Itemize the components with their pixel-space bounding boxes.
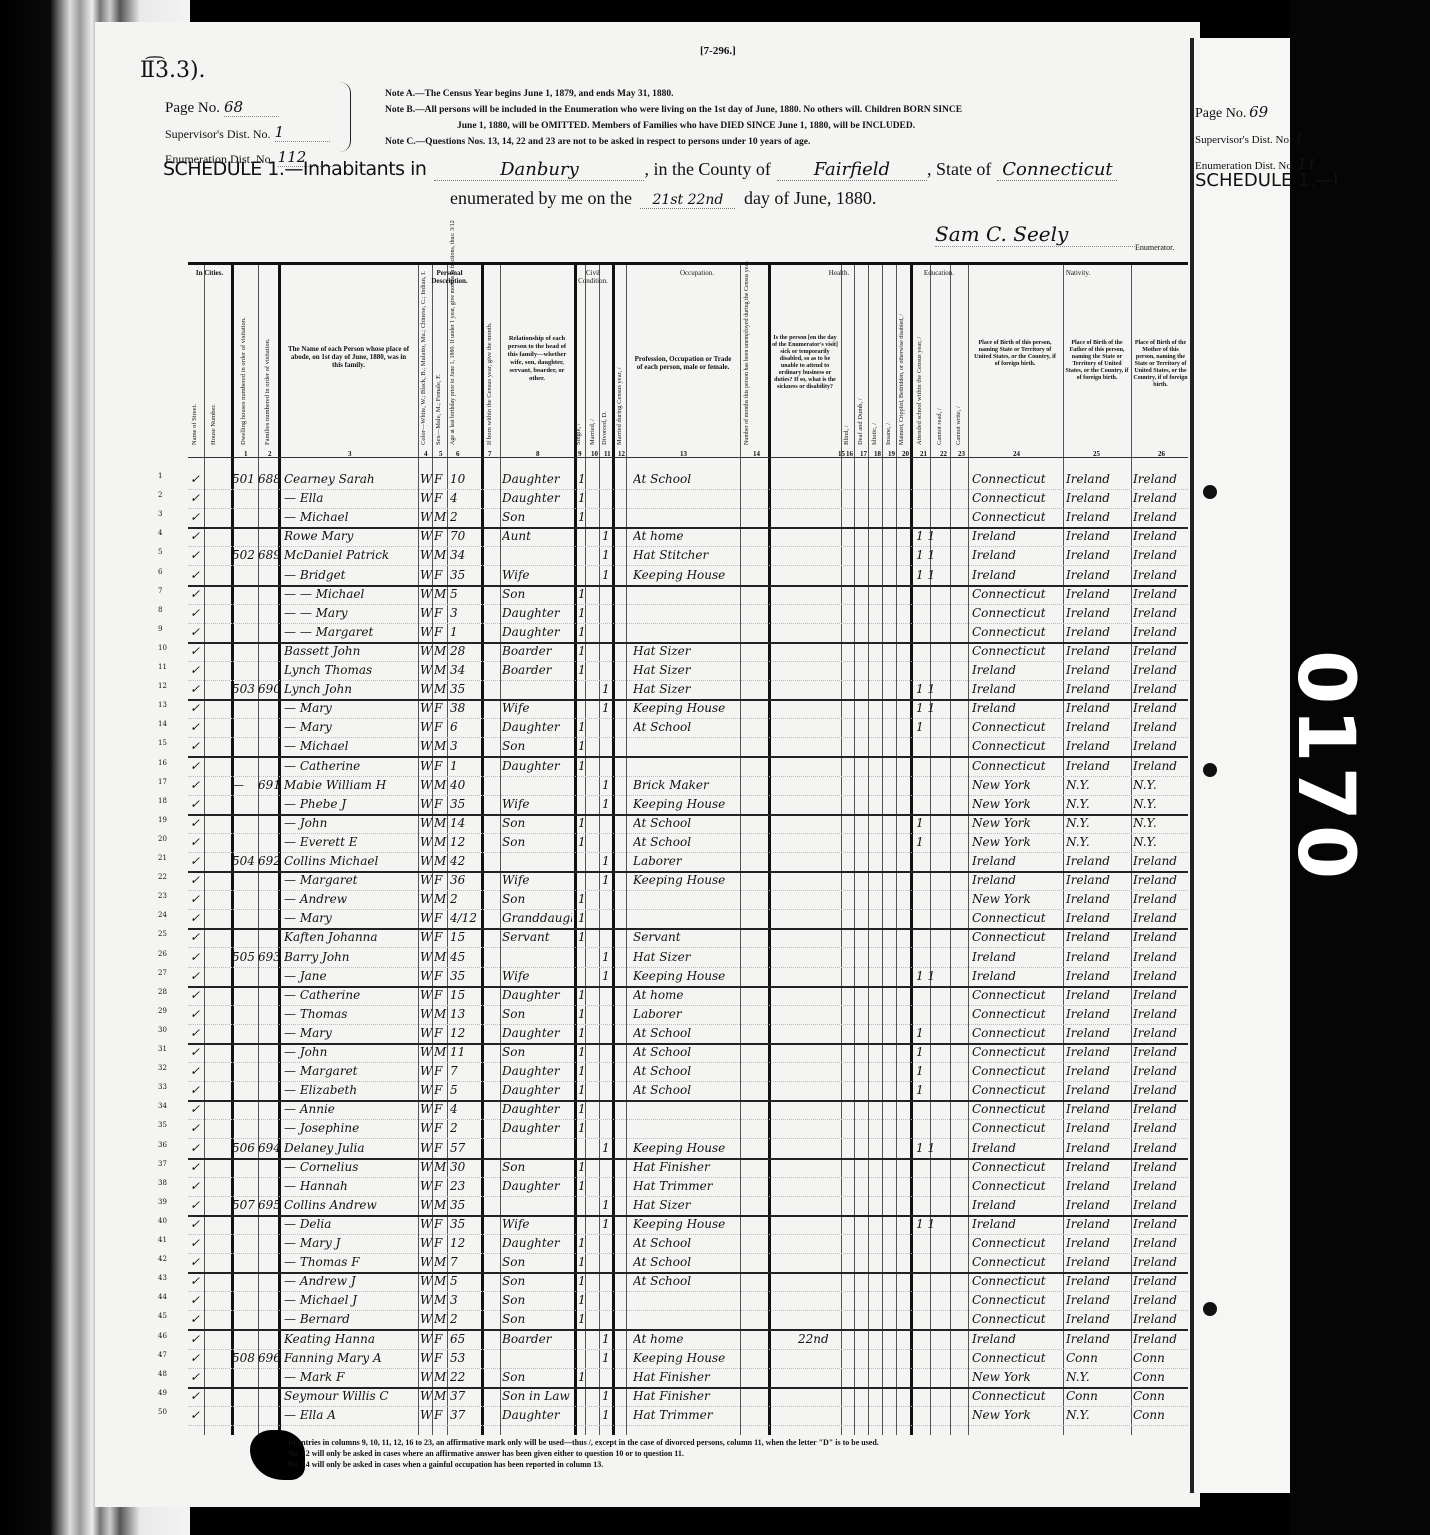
- color: W: [420, 1121, 433, 1135]
- mother-birthplace: N.Y.: [1133, 797, 1188, 811]
- single-mark: 1: [578, 1064, 588, 1078]
- note-b: Note B.—All persons will be included in …: [385, 102, 962, 118]
- census-row: 48— Mark FWM22Son1Hat FinisherNew YorkN.…: [188, 1368, 1188, 1389]
- age: 36: [450, 873, 480, 887]
- header-single: Single, /: [575, 395, 582, 445]
- relationship: Wife: [502, 1217, 572, 1231]
- sex: F: [434, 529, 447, 543]
- relationship: Son: [502, 587, 572, 601]
- relationship: Son: [502, 1370, 572, 1384]
- row-number: 25: [158, 930, 178, 938]
- relationship: Daughter: [502, 1026, 572, 1040]
- color: W: [420, 892, 433, 906]
- age: 5: [450, 1274, 480, 1288]
- header-nativity: Nativity.: [968, 269, 1188, 277]
- column-number: 5: [439, 450, 443, 458]
- color: W: [420, 548, 433, 562]
- single-mark: 1: [578, 510, 588, 524]
- father-birthplace: Ireland: [1066, 1179, 1130, 1193]
- check-mark-icon: ✓: [190, 682, 200, 696]
- relationship: Daughter: [502, 759, 572, 773]
- single-mark: 1: [578, 911, 588, 925]
- person-name: — Mary: [284, 701, 418, 715]
- age: 30: [450, 1160, 480, 1174]
- mother-birthplace: Ireland: [1133, 1236, 1188, 1250]
- census-row: 45— BernardWM2Son1ConnecticutIrelandIrel…: [188, 1310, 1188, 1331]
- check-mark-icon: ✓: [190, 1217, 200, 1231]
- person-name: Seymour Willis C: [284, 1389, 418, 1403]
- person-name: — Hannah: [284, 1179, 418, 1193]
- relationship: Daughter: [502, 625, 572, 639]
- census-row: 3— MichaelWM2Son1ConnecticutIrelandIrela…: [188, 508, 1188, 529]
- birthplace: Connecticut: [972, 1045, 1064, 1059]
- relationship: Son: [502, 1274, 572, 1288]
- sex: M: [434, 644, 447, 658]
- father-birthplace: Conn: [1066, 1389, 1130, 1403]
- color: W: [420, 911, 433, 925]
- education-marks: 1 1: [916, 1141, 966, 1155]
- sex: F: [434, 1083, 447, 1097]
- single-mark: 1: [578, 1236, 588, 1250]
- header-color: Color—White, W.; Black, B.; Mulatto, Mu.…: [420, 289, 427, 445]
- father-birthplace: Ireland: [1066, 1198, 1130, 1212]
- person-name: — Bernard: [284, 1312, 418, 1326]
- sex: F: [434, 568, 447, 582]
- check-mark-icon: ✓: [190, 548, 200, 562]
- education-marks: 1 1: [916, 701, 966, 715]
- single-mark: 1: [578, 1045, 588, 1059]
- mother-birthplace: Conn: [1133, 1370, 1188, 1384]
- row-number: 21: [158, 854, 178, 862]
- person-name: — Thomas F: [284, 1255, 418, 1269]
- birthplace: Ireland: [972, 873, 1064, 887]
- birthplace: Connecticut: [972, 759, 1064, 773]
- mother-birthplace: Ireland: [1133, 1083, 1188, 1097]
- person-name: Fanning Mary A: [284, 1351, 418, 1365]
- census-row: 16— CatherineWF1Daughter1ConnecticutIrel…: [188, 757, 1188, 777]
- father-birthplace: Ireland: [1066, 739, 1130, 753]
- age: 2: [450, 892, 480, 906]
- relationship: Servant: [502, 930, 572, 944]
- color: W: [420, 1141, 433, 1155]
- header-married-year: Married during Census year, /: [616, 325, 623, 445]
- footnote-3: No. 14 will only be asked in cases when …: [288, 1459, 879, 1470]
- occupation: At School: [633, 1236, 738, 1250]
- relationship: Daughter: [502, 720, 572, 734]
- occupation: Keeping House: [633, 1217, 738, 1231]
- color: W: [420, 644, 433, 658]
- education-marks: 1: [916, 720, 966, 734]
- header-education: Education.: [910, 269, 968, 277]
- census-row: 14— MaryWF6Daughter1At School1Connecticu…: [188, 718, 1188, 738]
- row-number: 20: [158, 835, 178, 843]
- birthplace: New York: [972, 816, 1064, 830]
- header-sex: Sex—Male, M.; Female, F.: [435, 335, 442, 445]
- prior-page-fragment: Ⅱ͡3.3).: [140, 58, 206, 83]
- sex: F: [434, 1408, 447, 1422]
- father-birthplace: Ireland: [1066, 472, 1130, 486]
- person-name: — Thomas: [284, 1007, 418, 1021]
- father-birthplace: Ireland: [1066, 1026, 1130, 1040]
- census-row: 26505693Barry JohnWM451Hat SizerIrelandI…: [188, 948, 1188, 968]
- age: 34: [450, 663, 480, 677]
- married-mark: 1: [602, 950, 612, 964]
- check-mark-icon: ✓: [190, 1160, 200, 1174]
- next-supervisor-value: 1: [1294, 129, 1304, 147]
- birthplace: Connecticut: [972, 739, 1064, 753]
- column-number: 20: [902, 450, 909, 458]
- occupation: At School: [633, 1064, 738, 1078]
- check-mark-icon: ✓: [190, 1083, 200, 1097]
- person-name: — Margaret: [284, 1064, 418, 1078]
- family-number: 692: [258, 854, 280, 868]
- age: 13: [450, 1007, 480, 1021]
- state-value: Connecticut: [997, 159, 1117, 181]
- age: 15: [450, 988, 480, 1002]
- birthplace: New York: [972, 892, 1064, 906]
- row-number: 11: [158, 663, 178, 671]
- married-mark: 1: [602, 568, 612, 582]
- dwelling-number: 507: [232, 1198, 258, 1212]
- mother-birthplace: Ireland: [1133, 644, 1188, 658]
- occupation: Keeping House: [633, 969, 738, 983]
- person-name: — Michael J: [284, 1293, 418, 1307]
- father-birthplace: Ireland: [1066, 969, 1130, 983]
- birthplace: Connecticut: [972, 491, 1064, 505]
- color: W: [420, 1236, 433, 1250]
- census-row: 38— HannahWF23Daughter1Hat TrimmerConnec…: [188, 1177, 1188, 1197]
- column-number: 16: [846, 450, 853, 458]
- relationship: Son: [502, 739, 572, 753]
- row-number: 29: [158, 1007, 178, 1015]
- row-number: 8: [158, 606, 178, 614]
- census-row: 49Seymour Willis CWM37Son in Law1Hat Fin…: [188, 1387, 1188, 1407]
- person-name: Keating Hanna: [284, 1332, 418, 1346]
- person-name: — Mark F: [284, 1370, 418, 1384]
- age: 37: [450, 1389, 480, 1403]
- row-number: 27: [158, 969, 178, 977]
- row-number: 22: [158, 873, 178, 881]
- film-frame-stamp: 0170: [1290, 650, 1370, 930]
- check-mark-icon: ✓: [190, 1274, 200, 1288]
- sex: F: [434, 969, 447, 983]
- birthplace: Connecticut: [972, 1007, 1064, 1021]
- birthplace: Connecticut: [972, 510, 1064, 524]
- binding-ring: [1203, 485, 1217, 499]
- single-mark: 1: [578, 1160, 588, 1174]
- father-birthplace: Ireland: [1066, 1255, 1130, 1269]
- father-birthplace: Ireland: [1066, 1102, 1130, 1116]
- age: 1: [450, 759, 480, 773]
- census-row: 1501688Cearney SarahWF10Daughter1At Scho…: [188, 470, 1188, 490]
- person-name: — — Michael: [284, 587, 418, 601]
- check-mark-icon: ✓: [190, 911, 200, 925]
- age: 35: [450, 568, 480, 582]
- occupation: At School: [633, 1045, 738, 1059]
- row-number: 19: [158, 816, 178, 824]
- single-mark: 1: [578, 1026, 588, 1040]
- age: 11: [450, 1045, 480, 1059]
- person-name: — — Margaret: [284, 625, 418, 639]
- married-mark: 1: [602, 701, 612, 715]
- mother-birthplace: Ireland: [1133, 969, 1188, 983]
- header-school: Attended school within the Census year, …: [916, 305, 923, 445]
- birthplace: Ireland: [972, 701, 1064, 715]
- father-birthplace: Ireland: [1066, 1121, 1130, 1135]
- occupation: At home: [633, 529, 738, 543]
- mother-birthplace: Ireland: [1133, 587, 1188, 601]
- father-birthplace: Ireland: [1066, 950, 1130, 964]
- relationship: Wife: [502, 797, 572, 811]
- row-number: 4: [158, 529, 178, 537]
- row-number: 49: [158, 1389, 178, 1397]
- age: 6: [450, 720, 480, 734]
- sex: F: [434, 491, 447, 505]
- sex: F: [434, 1141, 447, 1155]
- married-mark: 1: [602, 1198, 612, 1212]
- single-mark: 1: [578, 491, 588, 505]
- family-number: 693: [258, 950, 280, 964]
- age: 3: [450, 606, 480, 620]
- binding-ring: [1203, 763, 1217, 777]
- header-insane: Insane, /: [885, 395, 892, 445]
- person-name: — Michael: [284, 739, 418, 753]
- relationship: Boarder: [502, 644, 572, 658]
- sex: M: [434, 778, 447, 792]
- header-occupation: Profession, Occupation or Trade of each …: [633, 355, 733, 371]
- sex: M: [434, 1255, 447, 1269]
- color: W: [420, 472, 433, 486]
- married-mark: 1: [602, 548, 612, 562]
- column-number: 10: [591, 450, 598, 458]
- color: W: [420, 625, 433, 639]
- color: W: [420, 797, 433, 811]
- relationship: Son in Law: [502, 1389, 572, 1403]
- column-number: 18: [874, 450, 881, 458]
- row-number: 46: [158, 1332, 178, 1340]
- relationship: Daughter: [502, 606, 572, 620]
- sex: F: [434, 701, 447, 715]
- dwelling-number: 501: [232, 472, 258, 486]
- census-table: In Cities. Name of Street. House Number.…: [188, 262, 1188, 1435]
- row-number: 13: [158, 701, 178, 709]
- single-mark: 1: [578, 739, 588, 753]
- person-name: — John: [284, 816, 418, 830]
- person-name: Barry John: [284, 950, 418, 964]
- census-row: 27— JaneWF35Wife1Keeping House1 1Ireland…: [188, 967, 1188, 988]
- relationship: Son: [502, 1293, 572, 1307]
- father-birthplace: Ireland: [1066, 759, 1130, 773]
- census-row: 9— — MargaretWF1Daughter1ConnecticutIrel…: [188, 623, 1188, 644]
- mother-birthplace: Ireland: [1133, 625, 1188, 639]
- birthplace: Connecticut: [972, 988, 1064, 1002]
- relationship: Daughter: [502, 1102, 572, 1116]
- married-mark: 1: [602, 1332, 612, 1346]
- single-mark: 1: [578, 663, 588, 677]
- header-age: Age at last birthday prior to June 1, 18…: [450, 289, 456, 445]
- age: 42: [450, 854, 480, 868]
- birthplace: Ireland: [972, 682, 1064, 696]
- birthplace: Connecticut: [972, 1236, 1064, 1250]
- header-in-cities: In Cities.: [188, 269, 231, 277]
- education-marks: 1: [916, 1026, 966, 1040]
- mother-birthplace: Ireland: [1133, 529, 1188, 543]
- occupation: Hat Sizer: [633, 950, 738, 964]
- dwelling-number: 505: [232, 950, 258, 964]
- father-birthplace: Conn: [1066, 1351, 1130, 1365]
- occupation: Hat Sizer: [633, 682, 738, 696]
- enumeration-date-line: enumerated by me on the 21st 22nd day of…: [450, 188, 876, 209]
- person-name: — Josephine: [284, 1121, 418, 1135]
- education-marks: 1 1: [916, 529, 966, 543]
- check-mark-icon: ✓: [190, 1102, 200, 1116]
- mother-birthplace: Ireland: [1133, 491, 1188, 505]
- check-mark-icon: ✓: [190, 644, 200, 658]
- color: W: [420, 1312, 433, 1326]
- person-name: Bassett John: [284, 644, 418, 658]
- father-birthplace: Ireland: [1066, 625, 1130, 639]
- birthplace: New York: [972, 1370, 1064, 1384]
- page-metadata: Page No.68 Supervisor's Dist. No.1 Enume…: [165, 92, 333, 167]
- check-mark-icon: ✓: [190, 1236, 200, 1250]
- age: 65: [450, 1332, 480, 1346]
- age: 40: [450, 778, 480, 792]
- column-number: 26: [1158, 450, 1165, 458]
- age: 12: [450, 1026, 480, 1040]
- color: W: [420, 1217, 433, 1231]
- age: 4: [450, 491, 480, 505]
- mother-birthplace: Conn: [1133, 1408, 1188, 1422]
- age: 5: [450, 1083, 480, 1097]
- sex: M: [434, 739, 447, 753]
- next-page-metadata: Page No. 69 Supervisor's Dist. No. 1 Enu…: [1195, 100, 1316, 178]
- check-mark-icon: ✓: [190, 1198, 200, 1212]
- father-birthplace: Ireland: [1066, 1045, 1130, 1059]
- sex: F: [434, 1217, 447, 1231]
- check-mark-icon: ✓: [190, 587, 200, 601]
- person-name: Mabie William H: [284, 778, 418, 792]
- check-mark-icon: ✓: [190, 892, 200, 906]
- single-mark: 1: [578, 816, 588, 830]
- mother-birthplace: N.Y.: [1133, 816, 1188, 830]
- dwelling-number: —: [232, 778, 258, 792]
- single-mark: 1: [578, 1370, 588, 1384]
- sex: F: [434, 759, 447, 773]
- person-name: — Catherine: [284, 988, 418, 1002]
- age: 2: [450, 510, 480, 524]
- header-sick: Is the person [on the day of the Enumera…: [772, 335, 838, 391]
- married-mark: 1: [602, 1141, 612, 1155]
- next-schedule-title: SCHEDULE 1.—I: [1195, 170, 1339, 191]
- color: W: [420, 1045, 433, 1059]
- mother-birthplace: Ireland: [1133, 1293, 1188, 1307]
- color: W: [420, 529, 433, 543]
- person-name: — Mary: [284, 1026, 418, 1040]
- census-row: 31— JohnWM11Son1At School1ConnecticutIre…: [188, 1043, 1188, 1063]
- header-dwelling: Dwelling houses numbered in order of vis…: [240, 285, 247, 445]
- birthplace: Connecticut: [972, 644, 1064, 658]
- sex: F: [434, 1236, 447, 1250]
- mother-birthplace: Ireland: [1133, 1179, 1188, 1193]
- mother-birthplace: Ireland: [1133, 1102, 1188, 1116]
- row-number: 42: [158, 1255, 178, 1263]
- father-birthplace: N.Y.: [1066, 778, 1130, 792]
- sex: F: [434, 873, 447, 887]
- column-number: 11: [604, 450, 611, 458]
- occupation: At School: [633, 835, 738, 849]
- mother-birthplace: Conn: [1133, 1389, 1188, 1403]
- occupation: Laborer: [633, 1007, 738, 1021]
- check-mark-icon: ✓: [190, 720, 200, 734]
- single-mark: 1: [578, 988, 588, 1002]
- father-birthplace: Ireland: [1066, 854, 1130, 868]
- father-birthplace: Ireland: [1066, 720, 1130, 734]
- color: W: [420, 1026, 433, 1040]
- mother-birthplace: Ireland: [1133, 1198, 1188, 1212]
- census-row: 8— — MaryWF3Daughter1ConnecticutIrelandI…: [188, 604, 1188, 624]
- census-row: 17—691Mabie William HWM401Brick MakerNew…: [188, 776, 1188, 796]
- occupation: Laborer: [633, 854, 738, 868]
- occupation: Hat Trimmer: [633, 1408, 738, 1422]
- census-row: 5502689McDaniel PatrickWM341Hat Stitcher…: [188, 546, 1188, 566]
- dwelling-number: 506: [232, 1141, 258, 1155]
- relationship: Boarder: [502, 663, 572, 677]
- married-mark: 1: [602, 1408, 612, 1422]
- sex: M: [434, 1274, 447, 1288]
- age: 15: [450, 930, 480, 944]
- check-mark-icon: ✓: [190, 568, 200, 582]
- single-mark: 1: [578, 472, 588, 486]
- married-mark: 1: [602, 797, 612, 811]
- age: 2: [450, 1312, 480, 1326]
- check-mark-icon: ✓: [190, 797, 200, 811]
- color: W: [420, 739, 433, 753]
- single-mark: 1: [578, 1293, 588, 1307]
- single-mark: 1: [578, 1121, 588, 1135]
- father-birthplace: Ireland: [1066, 529, 1130, 543]
- row-number: 16: [158, 759, 178, 767]
- mother-birthplace: N.Y.: [1133, 835, 1188, 849]
- column-number: 17: [860, 450, 867, 458]
- father-birthplace: Ireland: [1066, 701, 1130, 715]
- check-mark-icon: ✓: [190, 835, 200, 849]
- person-name: — — Mary: [284, 606, 418, 620]
- mother-birthplace: N.Y.: [1133, 778, 1188, 792]
- color: W: [420, 778, 433, 792]
- age: 7: [450, 1255, 480, 1269]
- relationship: Boarder: [502, 1332, 572, 1346]
- sex: M: [434, 1007, 447, 1021]
- relationship: Son: [502, 835, 572, 849]
- sex: M: [434, 816, 447, 830]
- birthplace: Ireland: [972, 568, 1064, 582]
- birthplace: New York: [972, 778, 1064, 792]
- person-name: Delaney Julia: [284, 1141, 418, 1155]
- sex: F: [434, 606, 447, 620]
- header-cannot-write: Cannot write, /: [955, 385, 962, 445]
- mother-birthplace: Ireland: [1133, 950, 1188, 964]
- education-marks: 1: [916, 835, 966, 849]
- census-row: 33— ElizabethWF5Daughter1At School1Conne…: [188, 1081, 1188, 1102]
- binding-ring: [1203, 1302, 1217, 1316]
- father-birthplace: Ireland: [1066, 911, 1130, 925]
- birthplace: Connecticut: [972, 1179, 1064, 1193]
- single-mark: 1: [578, 644, 588, 658]
- sex: F: [434, 1179, 447, 1193]
- check-mark-icon: ✓: [190, 1141, 200, 1155]
- birthplace: Ireland: [972, 1198, 1064, 1212]
- father-birthplace: Ireland: [1066, 587, 1130, 601]
